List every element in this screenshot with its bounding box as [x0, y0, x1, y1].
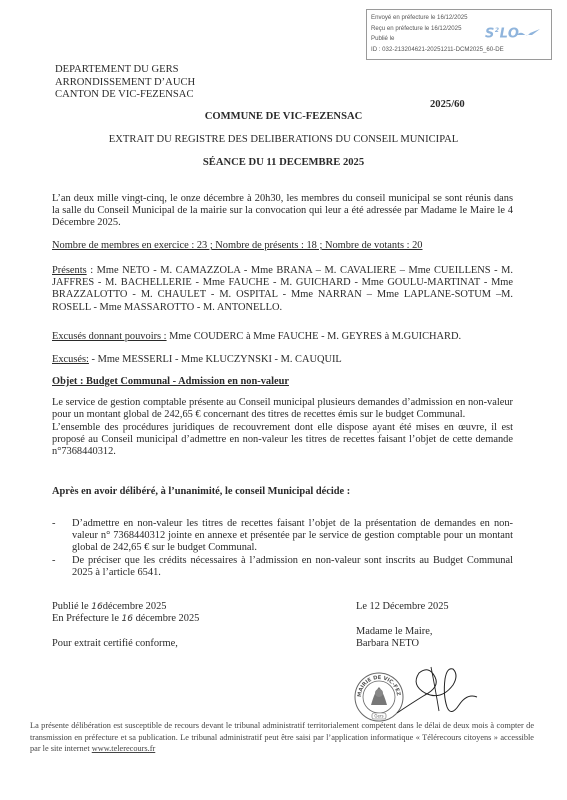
- paragraph-2: L’ensemble des procédures juridiques de …: [52, 422, 513, 459]
- presents-label: Présents: [52, 265, 87, 276]
- deliberation-number: 2025/60: [430, 99, 465, 110]
- mayor-block: Madame le Maire, Barbara NETO: [356, 626, 432, 651]
- presents-list: : Mme NETO - M. CAMAZZOLA - Mme BRANA – …: [52, 265, 513, 313]
- prefecture-day-handwritten: 16: [122, 614, 133, 624]
- publie-line: Publié le 16décembre 2025: [52, 601, 199, 613]
- decision-item: -D’admettre en non-valeur les titres de …: [52, 518, 513, 555]
- stamp-envoye: Envoyé en préfecture le 16/12/2025: [371, 13, 551, 24]
- prefecture-line: En Préfecture le 16 décembre 2025: [52, 613, 199, 625]
- paper-plane-icon: [515, 28, 541, 38]
- decision-list: -D’admettre en non-valeur les titres de …: [52, 518, 513, 579]
- pouvoirs-paragraph: Excusés donnant pouvoirs : Mme COUDERC à…: [52, 331, 513, 343]
- pouvoirs-label: Excusés donnant pouvoirs :: [52, 331, 167, 342]
- prefecture-stamp: Envoyé en préfecture le 16/12/2025 Reçu …: [366, 9, 552, 60]
- s2lo-logo: S2LO: [485, 26, 519, 40]
- logo-s: S: [485, 26, 495, 41]
- publie-prefix: Publié le: [52, 601, 91, 612]
- decision-item: -De préciser que les crédits nécessaires…: [52, 555, 513, 579]
- legal-footer: La présente délibération est susceptible…: [30, 720, 534, 755]
- signature-date: Le 12 Décembre 2025: [356, 601, 449, 613]
- publie-suffix: décembre 2025: [103, 601, 167, 612]
- mayor-role: Madame le Maire,: [356, 626, 432, 638]
- decision-item-text: D’admettre en non-valeur les titres de r…: [72, 518, 513, 553]
- arrondissement: ARRONDISSEMENT D’AUCH: [55, 77, 195, 90]
- seance-title: SÉANCE DU 11 DECEMBRE 2025: [0, 157, 567, 168]
- prefecture-prefix: En Préfecture le: [52, 613, 122, 624]
- stamp-id: ID : 032-213204621-20251211-DCM2025_60-D…: [371, 45, 551, 56]
- excuses-paragraph: Excusés: - Mme MESSERLI - Mme KLUCZYNSKI…: [52, 354, 513, 366]
- telerecours-link[interactable]: www.telerecours.fr: [92, 744, 156, 753]
- decision-heading: Après en avoir délibéré, à l’unanimité, …: [52, 486, 513, 498]
- intro-paragraph: L’an deux mille vingt-cinq, le onze déce…: [52, 193, 513, 230]
- excuses-list: - Mme MESSERLI - Mme KLUCZYNSKI - M. CAU…: [89, 354, 342, 365]
- pouvoirs-list: Mme COUDERC à Mme FAUCHE - M. GEYRES à M…: [167, 331, 462, 342]
- administrative-header: DEPARTEMENT DU GERS ARRONDISSEMENT D’AUC…: [55, 64, 195, 102]
- publication-block: Publié le 16décembre 2025 En Préfecture …: [52, 601, 199, 626]
- publie-day-handwritten: 16: [91, 602, 102, 612]
- prefecture-suffix: décembre 2025: [133, 613, 199, 624]
- svg-text:Gers: Gers: [374, 714, 383, 719]
- objet-heading: Objet : Budget Communal - Admission en n…: [52, 376, 513, 388]
- departement: DEPARTEMENT DU GERS: [55, 64, 195, 77]
- extrait-title: EXTRAIT DU REGISTRE DES DELIBERATIONS DU…: [0, 134, 567, 145]
- decision-item-text: De préciser que les crédits nécessaires …: [72, 555, 513, 578]
- handwritten-signature-icon: [395, 663, 485, 719]
- certifie-conforme: Pour extrait certifié conforme,: [52, 638, 178, 650]
- member-counts: Nombre de membres en exercice : 23 ; Nom…: [52, 240, 513, 252]
- commune-title: COMMUNE DE VIC-FEZENSAC: [0, 111, 567, 122]
- canton: CANTON DE VIC-FEZENSAC: [55, 89, 195, 102]
- mayor-name: Barbara NETO: [356, 638, 432, 650]
- paragraph-1: Le service de gestion comptable présente…: [52, 397, 513, 421]
- presents-paragraph: Présents : Mme NETO - M. CAMAZZOLA - Mme…: [52, 265, 513, 314]
- member-counts-text: Nombre de membres en exercice : 23 ; Nom…: [52, 240, 423, 251]
- excuses-label: Excusés:: [52, 354, 89, 365]
